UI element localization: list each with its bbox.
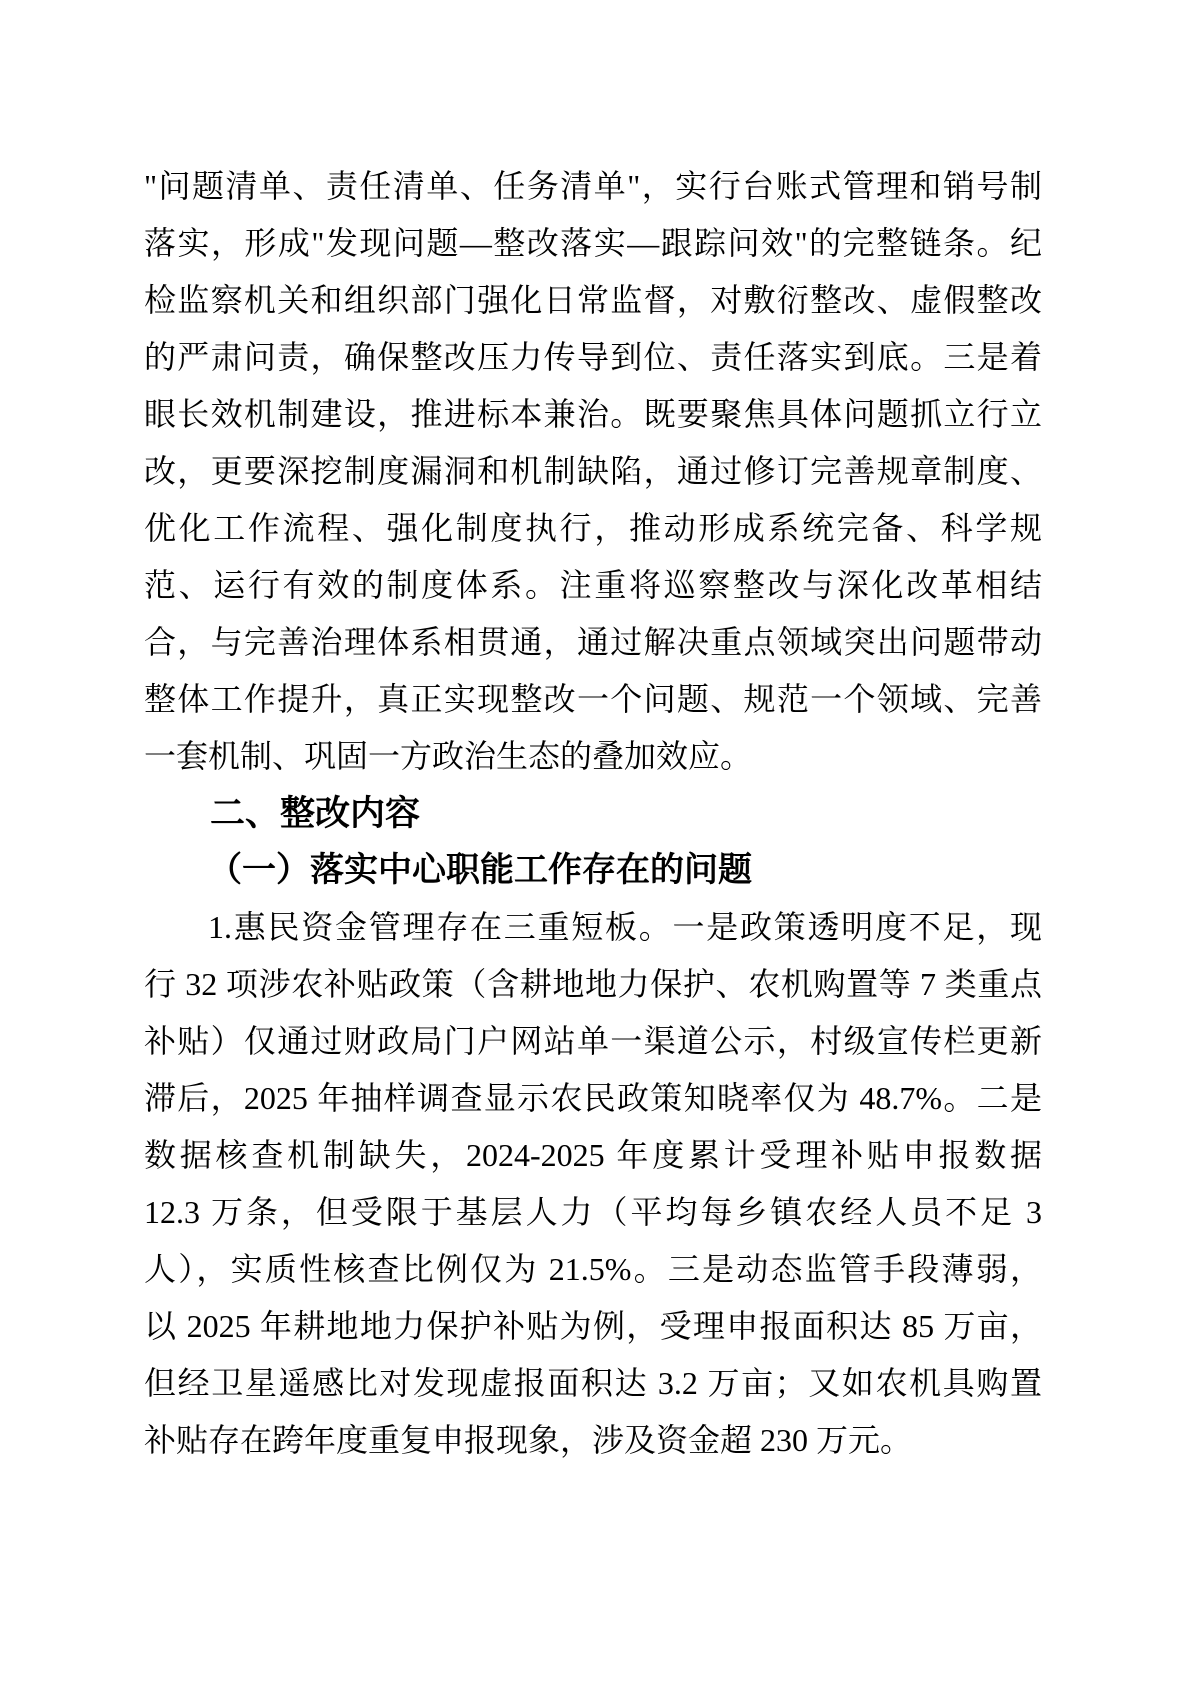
- text-line: 以 2025 年耕地地力保护补贴为例，受理申报面积达 85 万亩，: [144, 1298, 1042, 1355]
- text-line: 范、运行有效的制度体系。注重将巡察整改与深化改革相结: [144, 557, 1042, 614]
- document-page: "问题清单、责任清单、任务清单"，实行台账式管理和销号制 落实，形成"发现问题—…: [0, 0, 1190, 1683]
- text-line: 改，更要深挖制度漏洞和机制缺陷，通过修订完善规章制度、: [144, 443, 1042, 500]
- section-heading: 二、整改内容: [144, 785, 1042, 842]
- text-line: 行 32 项涉农补贴政策（含耕地地力保护、农机购置等 7 类重点: [144, 956, 1042, 1013]
- text-line: 12.3 万条，但受限于基层人力（平均每乡镇农经人员不足 3: [144, 1184, 1042, 1241]
- subsection-heading: （一）落实中心职能工作存在的问题: [144, 842, 1042, 899]
- text-line: 整体工作提升，真正实现整改一个问题、规范一个领域、完善: [144, 671, 1042, 728]
- text-line: 合，与完善治理体系相贯通，通过解决重点领域突出问题带动: [144, 614, 1042, 671]
- paragraph-continuation: "问题清单、责任清单、任务清单"，实行台账式管理和销号制 落实，形成"发现问题—…: [144, 158, 1042, 785]
- text-line: 的严肃问责，确保整改压力传导到位、责任落实到底。三是着: [144, 329, 1042, 386]
- text-line: 1.惠民资金管理存在三重短板。一是政策透明度不足，现: [144, 899, 1042, 956]
- text-line: 一套机制、巩固一方政治生态的叠加效应。: [144, 728, 1042, 785]
- text-line: 补贴存在跨年度重复申报现象，涉及资金超 230 万元。: [144, 1412, 1042, 1469]
- text-line: 但经卫星遥感比对发现虚报面积达 3.2 万亩；又如农机具购置: [144, 1355, 1042, 1412]
- text-line: "问题清单、责任清单、任务清单"，实行台账式管理和销号制: [144, 158, 1042, 215]
- text-line: 补贴）仅通过财政局门户网站单一渠道公示，村级宣传栏更新: [144, 1013, 1042, 1070]
- text-line: 检监察机关和组织部门强化日常监督，对敷衍整改、虚假整改: [144, 272, 1042, 329]
- text-line: 优化工作流程、强化制度执行，推动形成系统完备、科学规: [144, 500, 1042, 557]
- text-line: 数据核查机制缺失，2024-2025 年度累计受理补贴申报数据: [144, 1127, 1042, 1184]
- text-line: 落实，形成"发现问题—整改落实—跟踪问效"的完整链条。纪: [144, 215, 1042, 272]
- text-line: 人），实质性核查比例仅为 21.5%。三是动态监管手段薄弱，: [144, 1241, 1042, 1298]
- text-line: 眼长效机制建设，推进标本兼治。既要聚焦具体问题抓立行立: [144, 386, 1042, 443]
- text-line: 滞后，2025 年抽样调查显示农民政策知晓率仅为 48.7%。二是: [144, 1070, 1042, 1127]
- document-content: "问题清单、责任清单、任务清单"，实行台账式管理和销号制 落实，形成"发现问题—…: [144, 158, 1042, 1469]
- paragraph-numbered-item-1: 1.惠民资金管理存在三重短板。一是政策透明度不足，现 行 32 项涉农补贴政策（…: [144, 899, 1042, 1469]
